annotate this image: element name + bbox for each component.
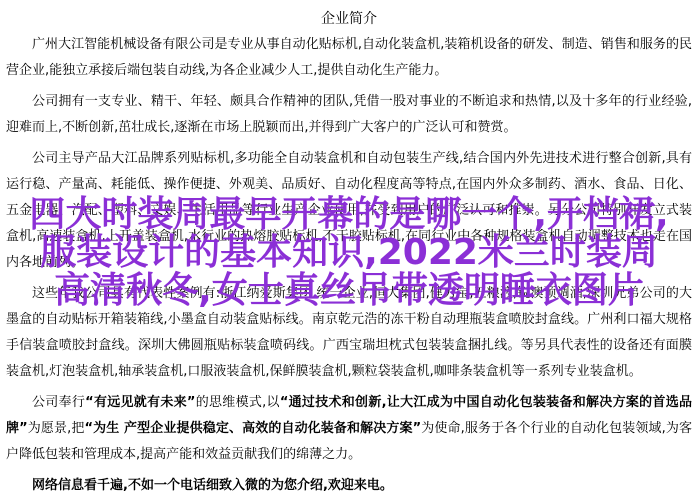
body-text: 这些年我公司具有代表性案例有:浙江纳爱斯集团,统一企业,恒大集团,健力宝,五粮液…: [6, 286, 692, 379]
document-title: 企业简介: [6, 6, 692, 32]
company-profile-document: 企业简介 广州大江智能机械设备有限公司是专业从事自动化贴标机,自动化装盒机,装箱…: [0, 0, 698, 499]
emphasized-text: 网络信息看千遍,不如一个电话细致入微的为您介绍,欢迎来电。: [32, 478, 393, 493]
paragraph: 公司奉行“有远见就有未来”的思维模式,以“通过技术和创新,让大江成为中国自动化包…: [6, 390, 692, 468]
body-text: 公司奉行: [32, 395, 85, 410]
body-text: 广州大江智能机械设备有限公司是专业从事自动化贴标机,自动化装盒机,装箱机设备的研…: [6, 37, 692, 78]
paragraph: 广州大江智能机械设备有限公司是专业从事自动化贴标机,自动化装盒机,装箱机设备的研…: [6, 32, 692, 84]
paragraph: 公司拥有一支专业、精干、年轻、颇具合作精神的团队,凭借一股对事业的不断追求和热情…: [6, 89, 692, 141]
emphasized-text: “为生 产型企业提供稳定、高效的自动化装备和解决方案”: [85, 421, 422, 436]
emphasized-text: “有远见就有未来”: [85, 395, 195, 410]
body-text: 为愿景,把: [28, 421, 85, 436]
body-text: 的思维模式,以: [195, 395, 279, 410]
body-text: 公司主导产品大江品牌系列贴标机,多功能全自动装盒机和自动包装生产线,结合国内外先…: [6, 151, 692, 270]
document-body: 广州大江智能机械设备有限公司是专业从事自动化贴标机,自动化装盒机,装箱机设备的研…: [6, 32, 692, 499]
body-text: 公司拥有一支专业、精干、年轻、颇具合作精神的团队,凭借一股对事业的不断追求和热情…: [6, 94, 692, 135]
paragraph: 公司主导产品大江品牌系列贴标机,多功能全自动装盒机和自动包装生产线,结合国内外先…: [6, 146, 692, 276]
paragraph: 这些年我公司具有代表性案例有:浙江纳爱斯集团,统一企业,恒大集团,健力宝,五粮液…: [6, 281, 692, 385]
paragraph: 网络信息看千遍,不如一个电话细致入微的为您介绍,欢迎来电。: [6, 473, 692, 499]
